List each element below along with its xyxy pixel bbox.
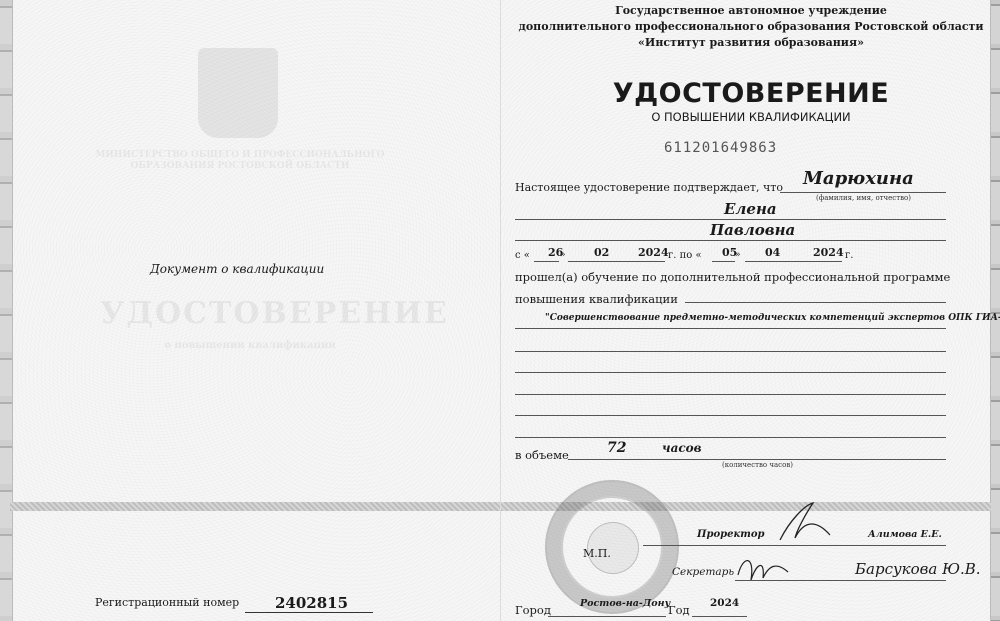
surname-line xyxy=(780,192,946,193)
blank-line xyxy=(515,437,946,438)
blank-line xyxy=(515,351,946,352)
blank-line xyxy=(515,415,946,416)
blank-line xyxy=(515,394,946,395)
official-seal-stamp xyxy=(545,480,679,614)
to-day-line xyxy=(712,261,735,262)
hours-value: 72 xyxy=(607,440,626,456)
watermark-title: УДОСТОВЕРЕНИЕ xyxy=(100,296,400,331)
registration-label: Регистрационный номер xyxy=(95,596,239,609)
hours-line xyxy=(568,459,946,460)
secretary-line xyxy=(735,580,946,581)
from-month-year-line xyxy=(568,261,665,262)
to-year: 2024 xyxy=(813,246,844,259)
prorector-name: Алимова Е.Е. xyxy=(868,529,942,540)
blank-line xyxy=(515,328,946,329)
watermark-ministry: МИНИСТЕРСТВО ОБЩЕГО И ПРОФЕССИОНАЛЬНОГО … xyxy=(80,150,400,172)
prorector-label: Проректор xyxy=(697,529,764,540)
fio-caption: (фамилия, имя, отчество) xyxy=(816,194,911,202)
watermark-emblem-icon xyxy=(198,48,278,138)
first-name: Елена xyxy=(724,200,777,218)
security-band xyxy=(10,502,500,511)
first-name-line xyxy=(515,219,946,220)
secretary-signature xyxy=(733,550,793,590)
watermark-subtitle: о повышении квалификации xyxy=(110,340,390,351)
period-from-prefix: с « xyxy=(515,250,530,261)
program-line xyxy=(685,302,946,303)
quote: » xyxy=(735,250,741,260)
registration-line xyxy=(245,612,373,613)
stamp-label: М.П. xyxy=(583,547,611,560)
program-line2: повышения квалификации xyxy=(515,292,678,306)
document-label: Документ о квалификации xyxy=(150,262,324,276)
patronymic-line xyxy=(515,240,946,241)
period-mid: г. по « xyxy=(668,250,702,261)
from-month: 02 xyxy=(594,246,609,259)
institution-name: Государственное автономное учреждение до… xyxy=(501,3,1000,51)
secretary-name: Барсукова Ю.В. xyxy=(855,560,981,578)
year-value: 2024 xyxy=(710,597,739,609)
to-month: 04 xyxy=(765,246,780,259)
surname: Марюхина xyxy=(803,168,914,189)
quote: » xyxy=(560,250,566,260)
certificate-title: УДОСТОВЕРЕНИЕ xyxy=(501,78,1000,109)
from-year: 2024 xyxy=(638,246,669,259)
year-line xyxy=(692,616,747,617)
institution-line: «Институт развития образования» xyxy=(501,35,1000,51)
blank-line xyxy=(515,372,946,373)
hours-caption: (количество часов) xyxy=(722,461,793,469)
certificate-subtitle: О ПОВЫШЕНИИ КВАЛИФИКАЦИИ xyxy=(501,110,1000,124)
program-name: "Совершенствование предметно-методически… xyxy=(545,313,1000,323)
city-label: Город xyxy=(515,603,551,617)
city-line xyxy=(548,616,666,617)
institution-line: дополнительного профессионального образо… xyxy=(501,19,1000,35)
prorector-line xyxy=(643,545,946,546)
serial-number: 611201649863 xyxy=(664,140,777,156)
to-month-year-line xyxy=(745,261,842,262)
program-line1: прошел(а) обучение по дополнительной про… xyxy=(515,270,950,284)
year-label: Год xyxy=(668,603,690,617)
patronymic: Павловна xyxy=(710,221,795,239)
security-border-left xyxy=(0,0,13,621)
secretary-label: Секретарь xyxy=(672,566,734,578)
confirms-label: Настоящее удостоверение подтверждает, чт… xyxy=(515,181,783,194)
prorector-signature xyxy=(775,500,835,545)
period-year-suffix: г. xyxy=(845,250,853,261)
city-value: Ростов-на-Дону xyxy=(580,598,670,609)
hours-unit: часов xyxy=(662,441,702,455)
certificate-left-page: МИНИСТЕРСТВО ОБЩЕГО И ПРОФЕССИОНАЛЬНОГО … xyxy=(0,0,500,621)
from-day-line xyxy=(534,261,559,262)
registration-number: 2402815 xyxy=(275,594,348,612)
institution-line: Государственное автономное учреждение xyxy=(501,3,1000,19)
volume-label: в объеме xyxy=(515,448,569,462)
